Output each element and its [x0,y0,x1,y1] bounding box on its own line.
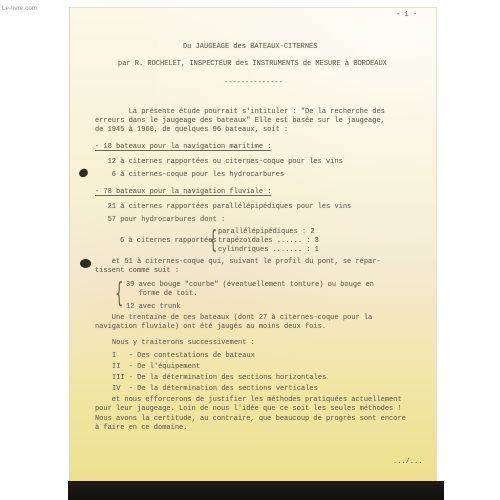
hull-group-item-bouge: 39 avec bouge "courbe" (éventuellement t… [126,281,374,299]
tank-group-brace: { [209,227,217,252]
maritime-section-items: 12 à citernes rapportées ou citernes-coq… [95,156,343,182]
hull-group-brace: { [115,279,123,307]
boats-regauged-paragraph: Une trentaine de ces bateaux (dont 27 à … [95,314,372,332]
intro-paragraph: La présente étude pourrait s'intituler :… [95,108,385,136]
tank-group-options: parallélépipédiques : 2 trapézoïdales ..… [218,228,319,255]
photo-dark-edge [68,481,444,500]
scanned-document-photo: Le-livre.com - 1 - Du JAUGEAGE des BATEA… [0,0,500,500]
page-number: - 1 - [396,11,417,20]
site-watermark: Le-livre.com [2,6,37,12]
title-separator: -------------- [224,79,283,88]
fluviale-section-heading: - 78 bateaux pour la navigation fluviale… [95,188,271,197]
hull-paragraph: et 51 à citernes-coque qui, suivant le p… [95,258,381,276]
hull-group-item-trunk: 12 avec trunk [126,303,181,312]
outline-items: I - Des contestations de bateaux II - De… [112,351,326,395]
document-byline: par R. ROCHELET, INSPECTEUR des INSTRUME… [118,60,387,69]
maritime-section-heading: - 18 bateaux pour la navigation maritime… [95,143,271,152]
continuation-marks: .../... [393,458,422,467]
tank-group-label: 6 à citernes rapportées [120,237,217,246]
document-title: Du JAUGEAGE des BATEAUX-CITERNES [183,43,317,52]
closing-paragraph: et nous efforcerons de justifier les mét… [95,396,406,434]
outline-intro: Nous y traiterons successivement : [112,339,255,348]
fluviale-section-items: 21 à citernes rapportées parallélépipédi… [95,201,351,227]
